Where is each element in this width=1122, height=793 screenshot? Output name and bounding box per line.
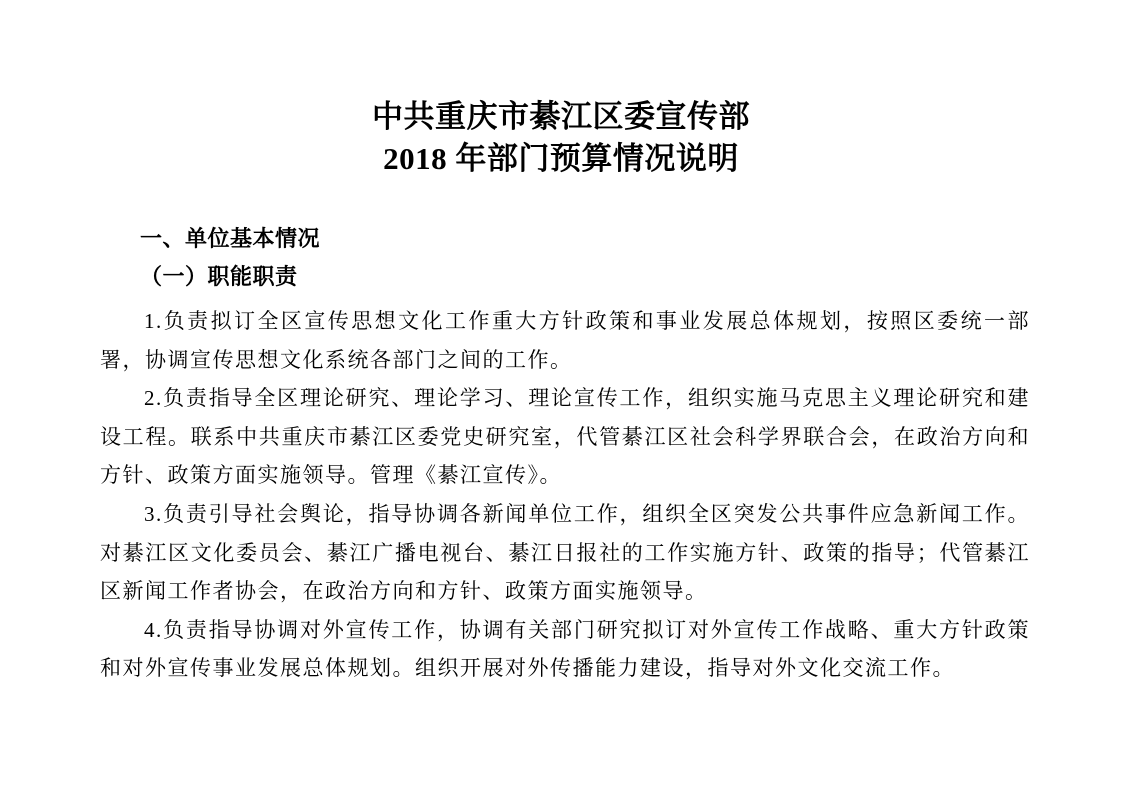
document-title: 中共重庆市綦江区委宣传部 2018 年部门预算情况说明 — [0, 96, 1122, 180]
paragraph-duty-4: 4.负责指导协调对外宣传工作，协调有关部门研究拟订对外宣传工作战略、重大方针政策… — [100, 611, 1030, 688]
document-body: 1.负责拟订全区宣传思想文化工作重大方针政策和事业发展总体规划，按照区委统一部署… — [100, 302, 1030, 688]
paragraph-duty-2: 2.负责指导全区理论研究、理论学习、理论宣传工作，组织实施马克思主义理论研究和建… — [100, 379, 1030, 495]
paragraph-duty-3: 3.负责引导社会舆论，指导协调各新闻单位工作，组织全区突发公共事件应急新闻工作。… — [100, 495, 1030, 611]
section-headings: 一、单位基本情况 （一）职能职责 — [140, 220, 320, 296]
subsection-heading-duties: （一）职能职责 — [140, 258, 320, 296]
document-page: 中共重庆市綦江区委宣传部 2018 年部门预算情况说明 一、单位基本情况 （一）… — [0, 0, 1122, 793]
section-heading-basic-info: 一、单位基本情况 — [140, 220, 320, 258]
paragraph-duty-1: 1.负责拟订全区宣传思想文化工作重大方针政策和事业发展总体规划，按照区委统一部署… — [100, 302, 1030, 379]
document-title-line1: 中共重庆市綦江区委宣传部 — [0, 96, 1122, 138]
document-title-line2: 2018 年部门预算情况说明 — [0, 138, 1122, 180]
